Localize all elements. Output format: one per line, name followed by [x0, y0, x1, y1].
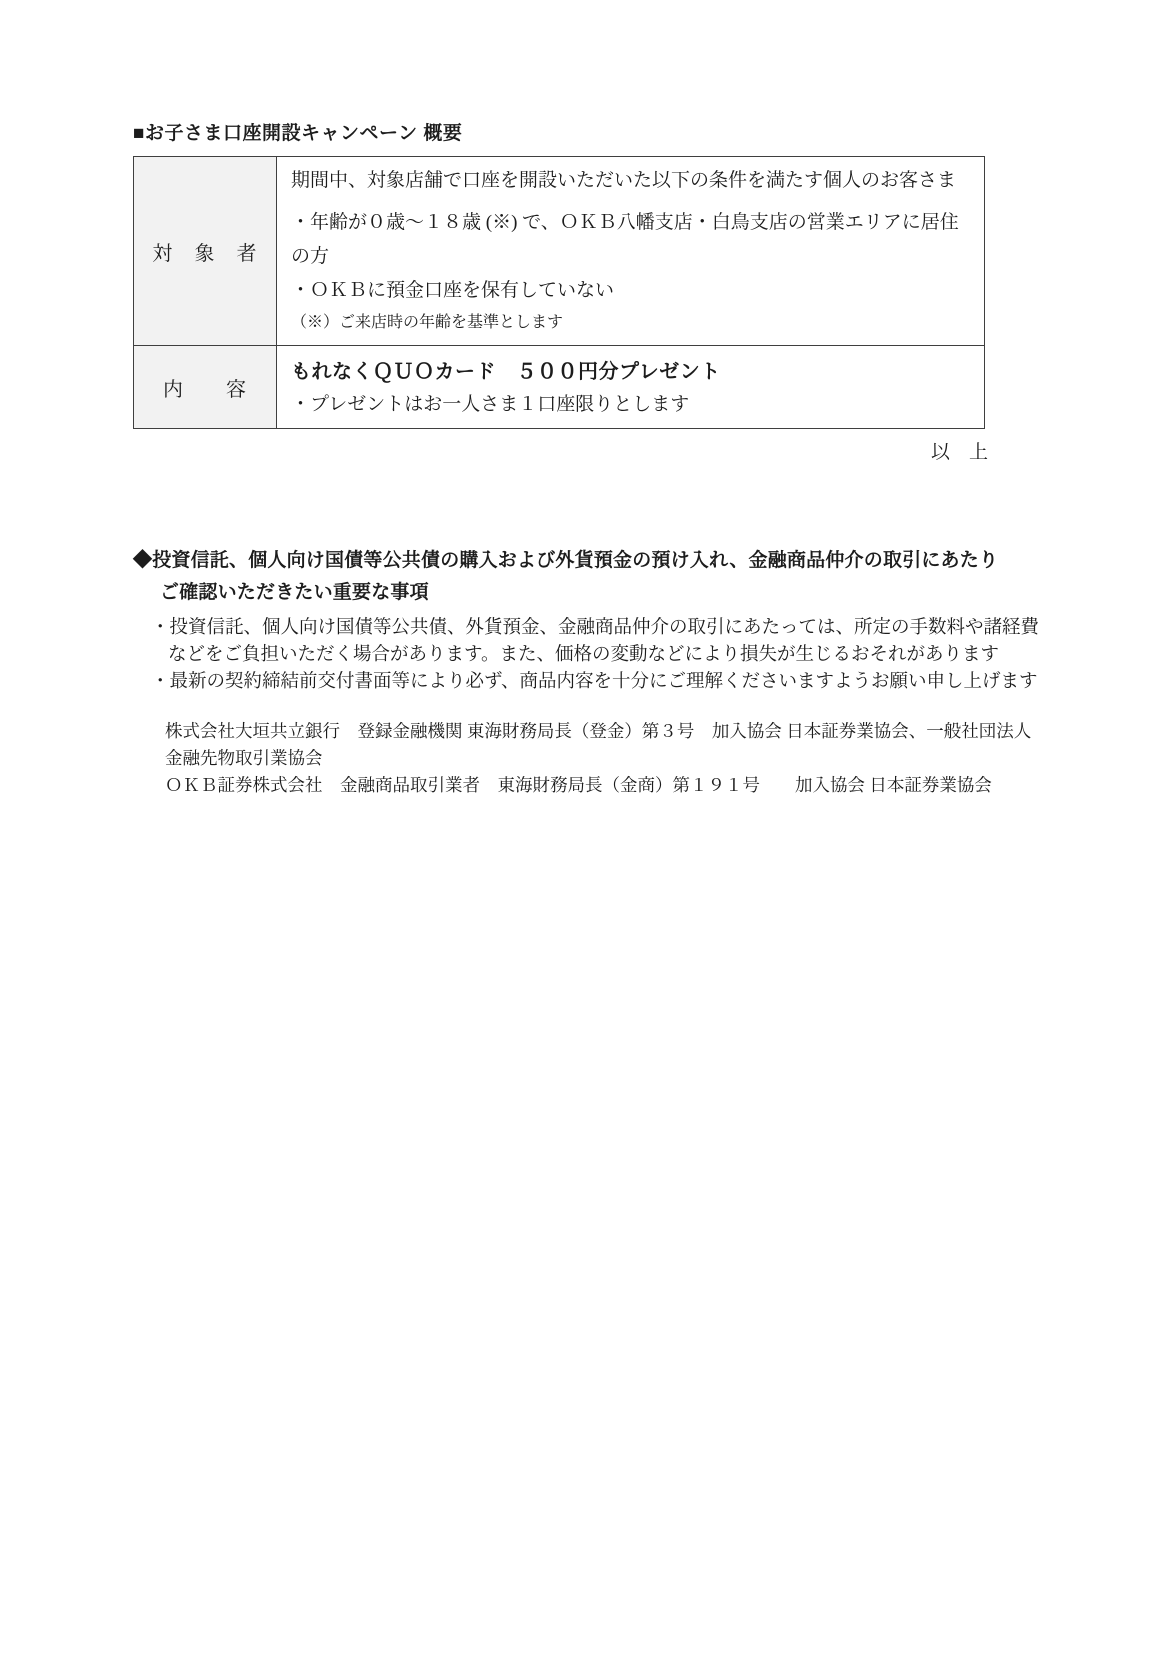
document-content: ■お子さま口座開設キャンペーン 概要 対 象 者 期間中、対象店舗で口座を開設い… [133, 122, 1040, 799]
target-conditions-intro: 期間中、対象店舗で口座を開設いただいた以下の条件を満たす個人のお客さま [291, 164, 974, 198]
target-age-note: （※）ご来店時の年齢を基準とします [291, 308, 974, 338]
notice-bullet2: ・最新の契約締結前交付書面等により必ず、商品内容を十分にご理解くださいますようお… [133, 669, 1040, 696]
target-condition-age: ・年齢が０歳～１８歳 (※) で、ＯＫＢ八幡支店・白鳥支店の営業エリアに居住の方 [291, 206, 974, 274]
important-notice-section: ◆投資信託、個人向け国債等公共債の購入および外貨預金の預け入れ、金融商品仲介の取… [133, 545, 1040, 799]
target-condition-no-account: ・ＯＫＢに預金口座を保有していない [291, 274, 974, 308]
registration-block: 株式会社大垣共立銀行 登録金融機関 東海財務局長（登金）第３号 加入協会 日本証… [133, 718, 1040, 799]
campaign-table: 対 象 者 期間中、対象店舗で口座を開設いただいた以下の条件を満たす個人のお客さ… [133, 156, 985, 429]
table-header-target: 対 象 者 [134, 157, 277, 345]
notice-heading-line2: ご確認いただきたい重要な事項 [133, 577, 1040, 609]
notice-heading-line1: ◆投資信託、個人向け国債等公共債の購入および外貨預金の預け入れ、金融商品仲介の取… [133, 545, 1040, 577]
table-row-target: 対 象 者 期間中、対象店舗で口座を開設いただいた以下の条件を満たす個人のお客さ… [134, 157, 984, 345]
content-gift-limit-line: ・プレゼントはお一人さま１口座限りとします [291, 389, 974, 421]
registration-securities-line: ＯＫＢ証券株式会社 金融商品取引業者 東海財務局長（金商）第１９１号 加入協会 … [165, 772, 1040, 799]
document-page: ■お子さま口座開設キャンペーン 概要 対 象 者 期間中、対象店舗で口座を開設い… [0, 0, 1170, 1654]
table-cell-content-details: もれなくＱＵＯカード ５００円分プレゼント ・プレゼントはお一人さま１口座限りと… [277, 346, 984, 428]
notice-heading: ◆投資信託、個人向け国債等公共債の購入および外貨預金の預け入れ、金融商品仲介の取… [133, 545, 1040, 609]
table-row-content: 内 容 もれなくＱＵＯカード ５００円分プレゼント ・プレゼントはお一人さま１口… [134, 345, 984, 428]
registration-bank-line1: 株式会社大垣共立銀行 登録金融機関 東海財務局長（登金）第３号 加入協会 日本証… [165, 718, 1040, 745]
table-cell-target-conditions: 期間中、対象店舗で口座を開設いただいた以下の条件を満たす個人のお客さま ・年齢が… [277, 157, 984, 345]
notice-bullets: ・投資信託、個人向け国債等公共債、外貨預金、金融商品仲介の取引にあたっては、所定… [133, 615, 1040, 696]
closing-ijou: 以 上 [133, 441, 1040, 465]
campaign-overview-heading: ■お子さま口座開設キャンペーン 概要 [133, 122, 1040, 146]
registration-bank-line2: 金融先物取引業協会 [165, 745, 1040, 772]
table-header-content: 内 容 [134, 346, 277, 428]
notice-bullet1-line1: ・投資信託、個人向け国債等公共債、外貨預金、金融商品仲介の取引にあたっては、所定… [133, 615, 1040, 642]
content-gift-line: もれなくＱＵＯカード ５００円分プレゼント [291, 355, 974, 389]
notice-bullet1-line2: などをご負担いただく場合があります。また、価格の変動などにより損失が生じるおそれ… [133, 642, 1040, 669]
